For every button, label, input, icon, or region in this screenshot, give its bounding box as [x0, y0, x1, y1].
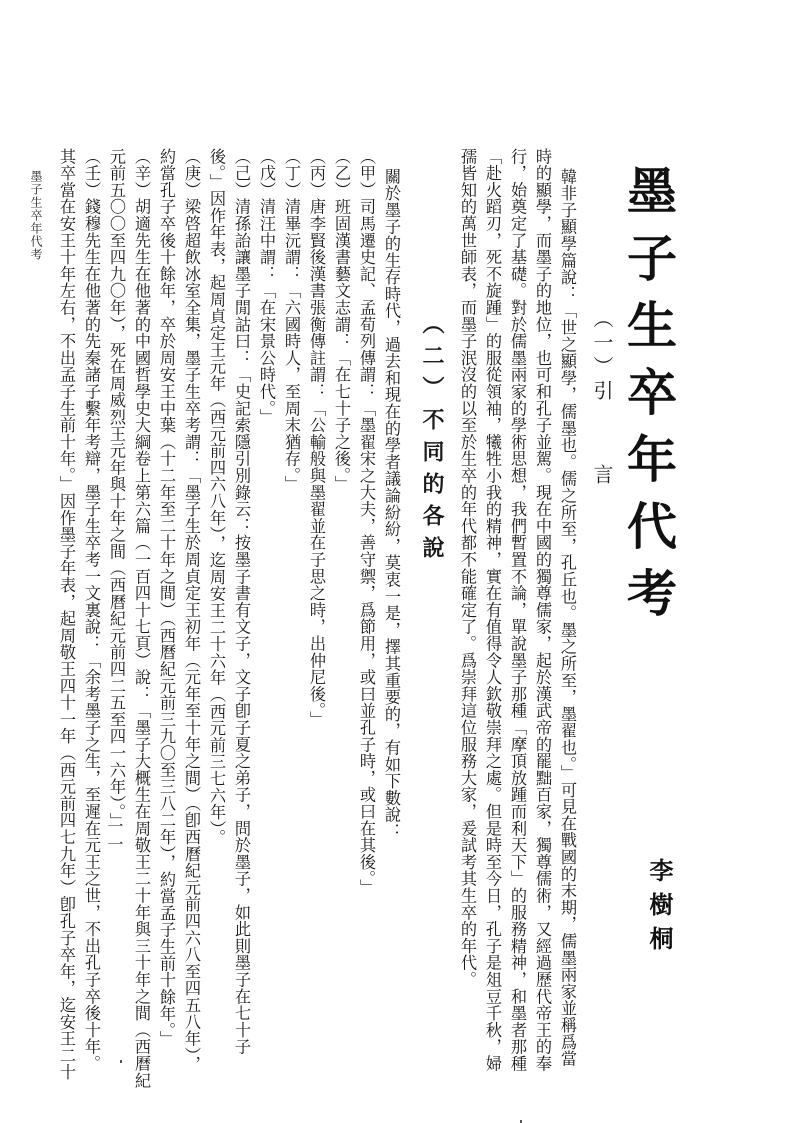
- scan-speck: [120, 1060, 122, 1063]
- text-line: 約當孔子卒後十餘年，卒於周安王中葉（十二年至二十年之間）（西曆紀元前三九〇至三八…: [155, 148, 177, 1048]
- list-item-ding: （丁）清畢沅謂：「六國時人，至周末猶存。」: [280, 148, 302, 493]
- text-line: 韓非子顯學篇說：「世之顯學，儒墨也。儒之所至，孔丘也。墨之所至，墨翟也。」可見在…: [556, 168, 578, 1067]
- section-heading-introduction: （一）引言: [588, 308, 617, 488]
- list-item-geng: （庚）梁啓超飲冰室全集，墨子生卒考謂：「墨子生於周貞定王初年（元年至十年之間）（…: [180, 148, 202, 1073]
- text-line: 其卒當在安王十年左右，不出孟子生前十年。」因作墨子年表，起周敬王四十一年（西元前…: [55, 148, 77, 1081]
- document-page: 墨子生卒年代考 李樹桐 （一）引言 韓非子顯學篇說：「世之顯學，儒墨也。儒之所至…: [0, 0, 795, 1123]
- list-item-ren: （壬）錢穆先生在他著的先秦諸子繫年考辯，墨子生卒考一文裏說：「余考墨子之生，至遲…: [80, 148, 102, 1072]
- text-line: 時的顯學，而墨子的地位，也可和孔子並駕。現在中國的獨尊儒家，起於漢武帝的罷黜百家…: [531, 148, 553, 1072]
- list-item-bing: （丙）唐李賢後漢書張衡傳註謂：「公輸般與墨翟並在子思之時，出仲尼後。」: [305, 148, 327, 728]
- list-item-xin: （辛）胡適先生在他著的中國哲學史大綱卷上第六篇（一百四十七頁）說：「墨子大概生在…: [130, 148, 152, 1089]
- list-item-ji: （己）清孫詒讓墨子閒詁曰：「史記索隱引別錄云：按墨子書有文子，文子卽子夏之弟子，…: [230, 148, 252, 1055]
- list-item-wu: （戊）清汪中謂：「在宋景公時代。」: [255, 148, 277, 426]
- list-item-yi: （乙）班固漢書藝文志謂：「在七十子之後。」: [330, 148, 352, 493]
- section-number: （一）: [590, 308, 614, 380]
- text-line: 元前五〇〇至四九〇年），死在周威烈王元年與十年之間（西曆紀元前四二五至四一六年）…: [105, 148, 127, 829]
- text-line: 「赴火蹈刃，死不旋踵」的服從領袖，犧牲小我的精神，實在有值得令人欽敬崇拜之處。但…: [481, 148, 503, 1072]
- section-number: （二）: [419, 312, 445, 408]
- section-heading-char: 引: [590, 380, 614, 404]
- text-line: 孺皆知的萬世師表，而墨子泯沒的以至於生卒的年代都不能確定了。爲崇拜這位服務大家，…: [456, 148, 478, 988]
- running-header: 墨子生卒年代考: [28, 170, 45, 261]
- section-heading-char: 言: [590, 464, 614, 488]
- section-heading-differing-views: （二）不同的各說: [417, 312, 448, 568]
- list-item-jia: （甲）司馬遷史記、孟荀列傳謂：「墨翟宋之大夫，善守禦，爲節用，或曰並孔子時，或曰…: [355, 148, 377, 896]
- document-title: 墨子生卒年代考: [618, 165, 678, 634]
- text-line: 關於墨子的生存時代，過去和現在的學者議論紛紛，莫衷一是，擇其重要的，有如下數說：: [380, 168, 402, 840]
- author-name: 李樹桐: [642, 858, 677, 960]
- text-line: 後。」因作年表，起周貞定王元年（西元前四六八年），迄周安王二十六年（西元前三七六…: [205, 148, 227, 846]
- page-number: 一一: [103, 818, 126, 854]
- text-line: 行，始奠定了基礎。對於儒墨兩家的學術思想，我們暫置不論，單說墨子那種「摩頂放踵而…: [506, 148, 528, 1072]
- section-heading-text: 不同的各說: [419, 408, 445, 568]
